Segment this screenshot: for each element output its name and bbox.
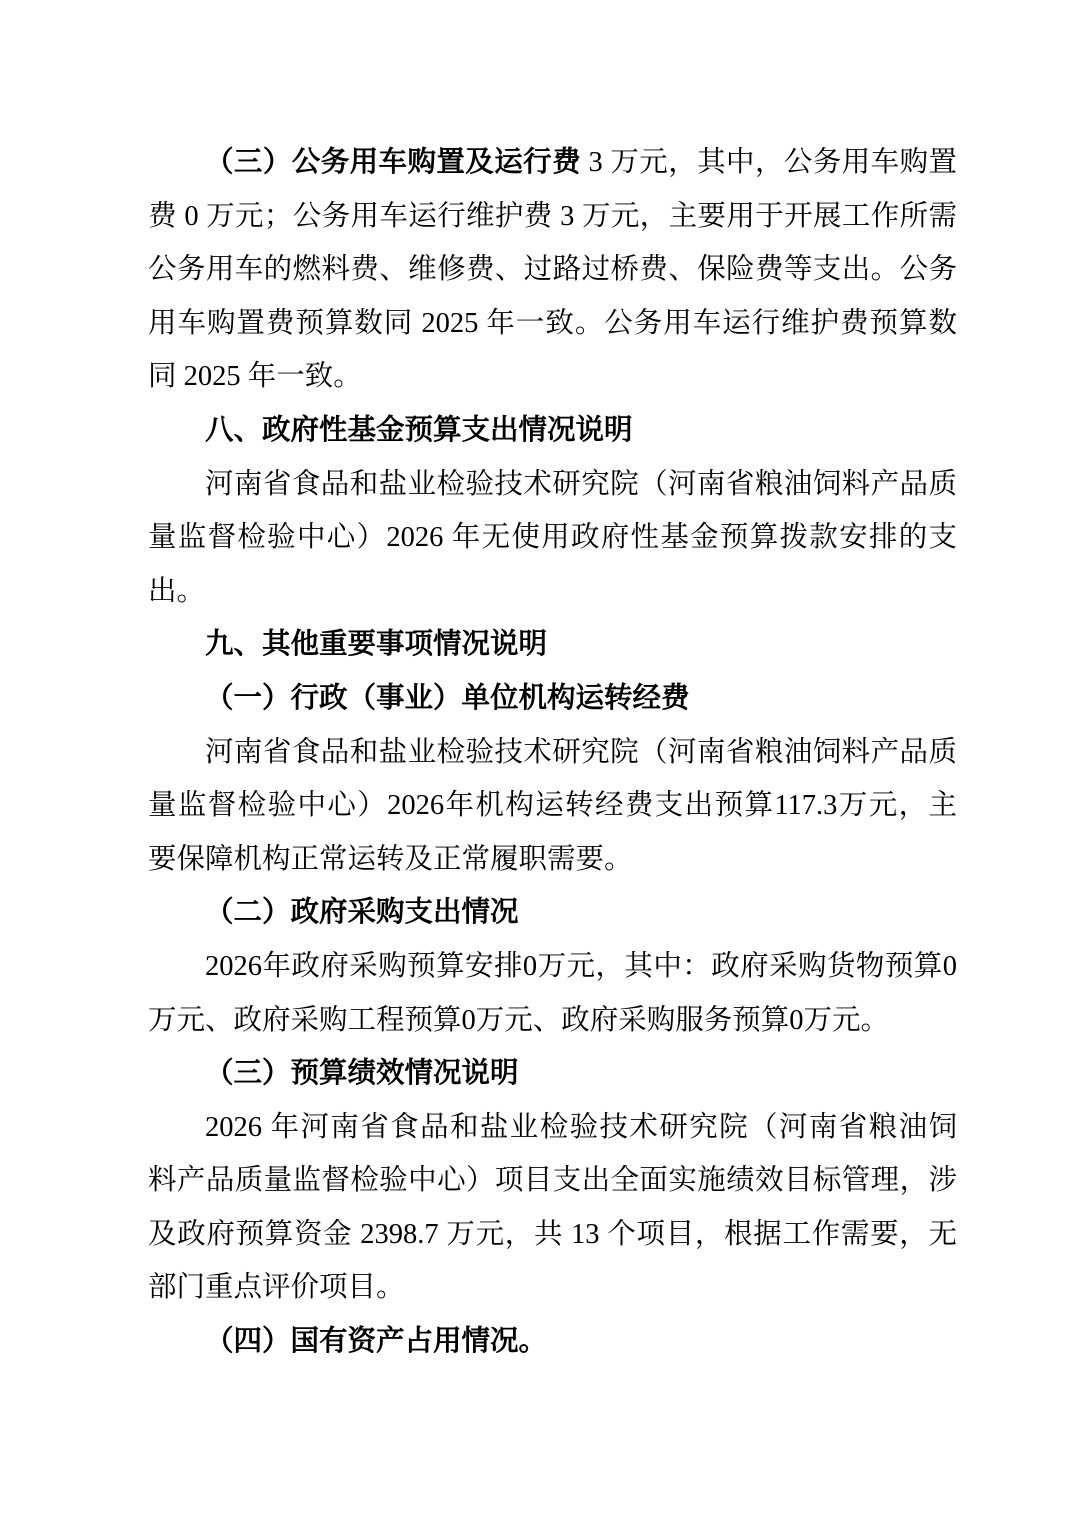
text-segment: 2026年政府采购预算安排0万元，其中：政府采购货物预算0: [205, 951, 957, 982]
text-line: 万元、政府采购工程预算0万元、政府采购服务预算0万元。: [148, 994, 957, 1048]
text-segment: 3 万元，其中，公务用车购置: [581, 147, 957, 178]
text-line: 及政府预算资金 2398.7 万元，共 13 个项目，根据工作需要，无: [148, 1208, 957, 1262]
document-text-block: （三）公务用车购置及运行费 3 万元，其中，公务用车购置费 0 万元；公务用车运…: [148, 136, 957, 1369]
text-segment: 费 0 万元；公务用车运行维护费 3 万元，主要用于开展工作所需: [148, 201, 957, 232]
section-heading: 八、政府性基金预算支出情况说明: [148, 404, 957, 458]
section-heading: （一）行政（事业）单位机构运转经费: [148, 672, 957, 726]
section-heading: （二）政府采购支出情况: [148, 886, 957, 940]
text-segment: 同 2025 年一致。: [148, 361, 362, 392]
text-segment: 部门重点评价项目。: [148, 1272, 405, 1303]
document-page: （三）公务用车购置及运行费 3 万元，其中，公务用车购置费 0 万元；公务用车运…: [0, 0, 1080, 1527]
bold-text-segment: 八、政府性基金预算支出情况说明: [205, 414, 633, 446]
text-line: 部门重点评价项目。: [148, 1261, 957, 1315]
bold-text-segment: （二）政府采购支出情况: [205, 896, 519, 928]
text-segment: 量监督检验中心）2026年机构运转经费支出预算117.3万元，主: [148, 790, 957, 821]
text-segment: 2026 年河南省食品和盐业检验技术研究院（河南省粮油饲: [205, 1112, 957, 1143]
section-heading: 九、其他重要事项情况说明: [148, 618, 957, 672]
text-line: 料产品质量监督检验中心）项目支出全面实施绩效目标管理，涉: [148, 1154, 957, 1208]
text-segment: 及政府预算资金 2398.7 万元，共 13 个项目，根据工作需要，无: [148, 1219, 957, 1250]
bold-text-segment: （四）国有资产占用情况。: [205, 1325, 547, 1357]
text-segment: 河南省食品和盐业检验技术研究院（河南省粮油饲料产品质: [205, 737, 957, 768]
section-heading: （四）国有资产占用情况。: [148, 1315, 957, 1369]
bold-text-segment: （三）预算绩效情况说明: [205, 1057, 519, 1089]
text-line: 河南省食品和盐业检验技术研究院（河南省粮油饲料产品质: [148, 458, 957, 512]
text-line: 同 2025 年一致。: [148, 350, 957, 404]
text-segment: 公务用车的燃料费、维修费、过路过桥费、保险费等支出。公务: [148, 254, 957, 285]
bold-text-segment: （一）行政（事业）单位机构运转经费: [205, 682, 690, 714]
text-segment: 万元、政府采购工程预算0万元、政府采购服务预算0万元。: [148, 1005, 889, 1036]
text-segment: 用车购置费预算数同 2025 年一致。公务用车运行维护费预算数: [148, 308, 957, 339]
text-line: 量监督检验中心）2026 年无使用政府性基金预算拨款安排的支: [148, 511, 957, 565]
section-heading: （三）预算绩效情况说明: [148, 1047, 957, 1101]
text-line: 用车购置费预算数同 2025 年一致。公务用车运行维护费预算数: [148, 297, 957, 351]
text-line: 量监督检验中心）2026年机构运转经费支出预算117.3万元，主: [148, 779, 957, 833]
text-line: 出。: [148, 565, 957, 619]
text-segment: 要保障机构正常运转及正常履职需要。: [148, 844, 633, 875]
text-line: 2026年政府采购预算安排0万元，其中：政府采购货物预算0: [148, 940, 957, 994]
text-segment: 料产品质量监督检验中心）项目支出全面实施绩效目标管理，涉: [148, 1165, 957, 1196]
text-line: 公务用车的燃料费、维修费、过路过桥费、保险费等支出。公务: [148, 243, 957, 297]
bold-text-segment: 九、其他重要事项情况说明: [205, 628, 547, 660]
text-line: 要保障机构正常运转及正常履职需要。: [148, 833, 957, 887]
text-line: 费 0 万元；公务用车运行维护费 3 万元，主要用于开展工作所需: [148, 190, 957, 244]
text-line: 河南省食品和盐业检验技术研究院（河南省粮油饲料产品质: [148, 726, 957, 780]
bold-text-segment: （三）公务用车购置及运行费: [205, 146, 581, 178]
text-segment: 出。: [148, 576, 205, 607]
text-segment: 量监督检验中心）2026 年无使用政府性基金预算拨款安排的支: [148, 522, 957, 553]
text-segment: 河南省食品和盐业检验技术研究院（河南省粮油饲料产品质: [205, 469, 957, 500]
text-line: （三）公务用车购置及运行费 3 万元，其中，公务用车购置: [148, 136, 957, 190]
text-line: 2026 年河南省食品和盐业检验技术研究院（河南省粮油饲: [148, 1101, 957, 1155]
